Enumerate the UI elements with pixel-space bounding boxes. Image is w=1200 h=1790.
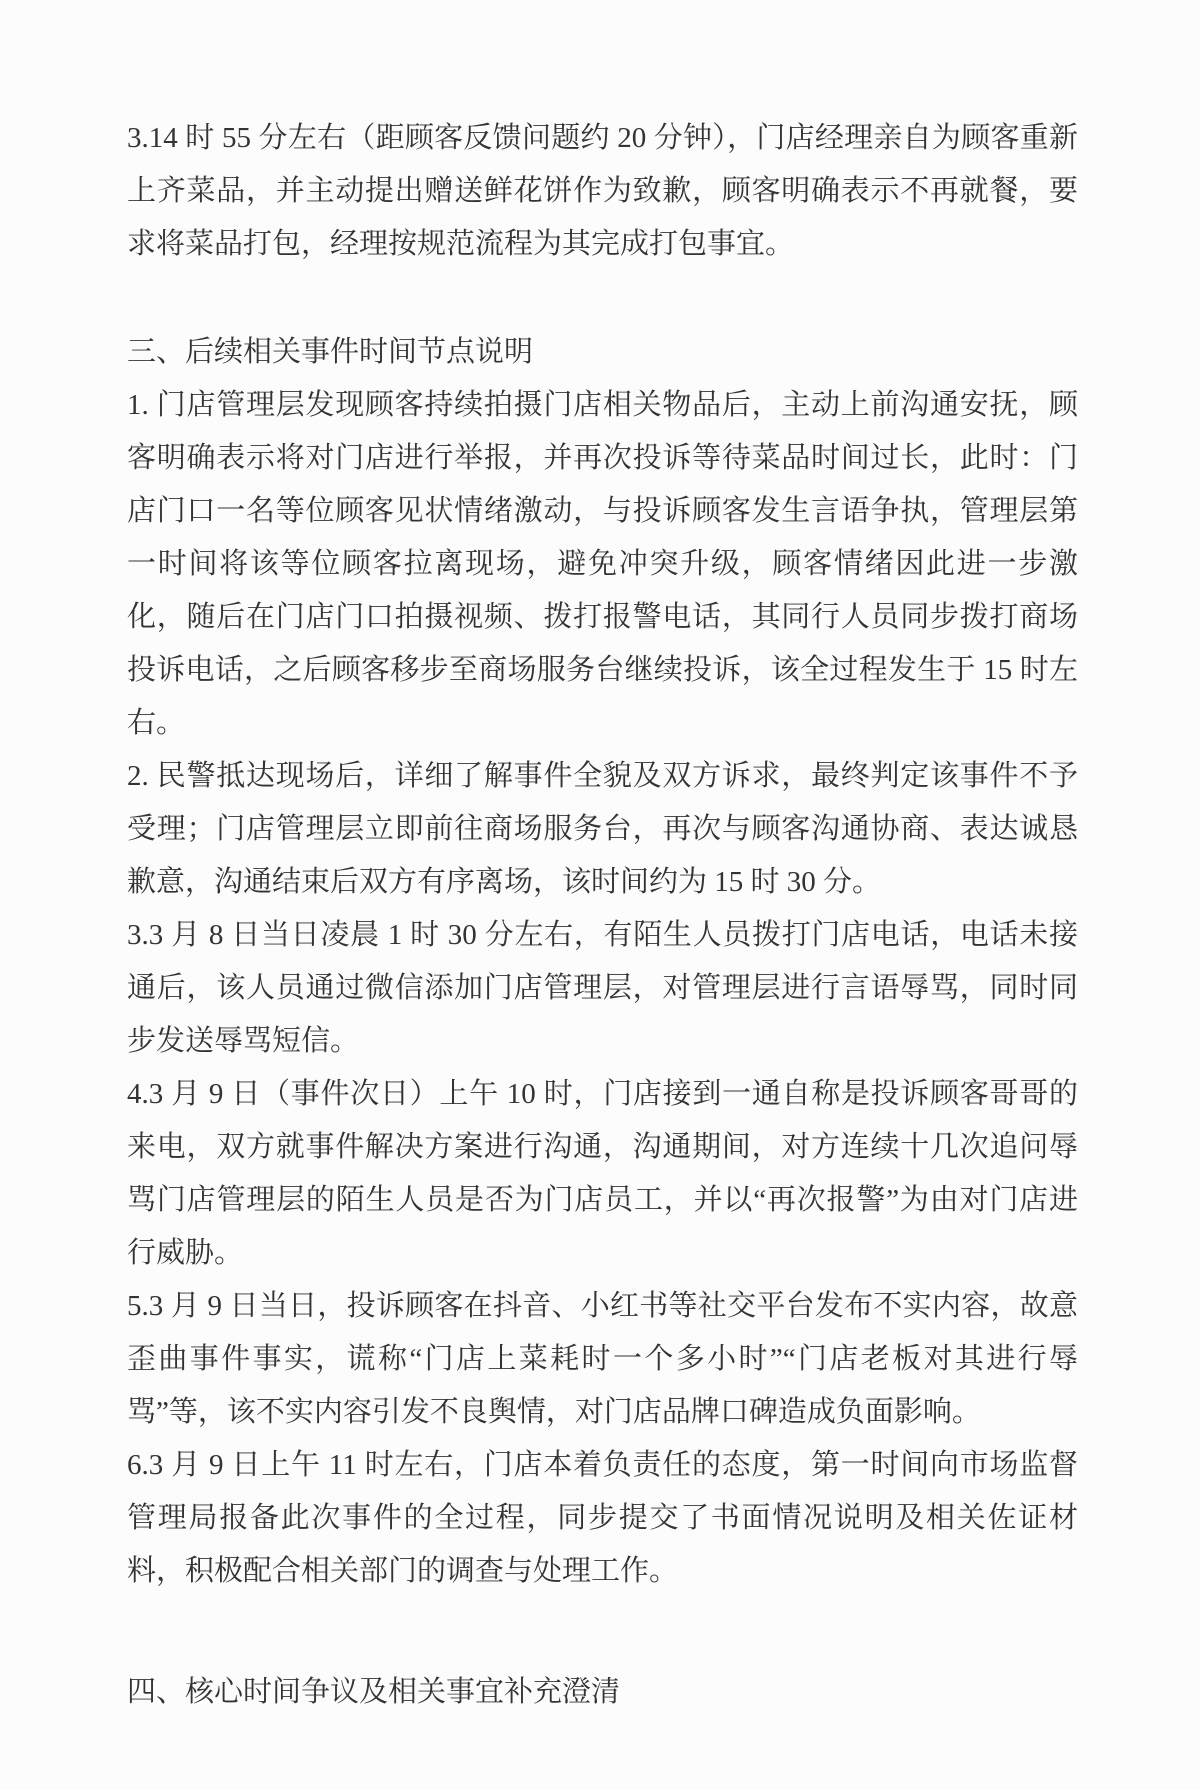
body-paragraph-3: 3.3 月 8 日当日凌晨 1 时 30 分左右，有陌生人员拨打门店电话，电话未… <box>127 909 1078 1068</box>
body-paragraph-4: 4.3 月 9 日（事件次日）上午 10 时，门店接到一通自称是投诉顾客哥哥的来… <box>127 1068 1078 1280</box>
body-paragraph-5: 5.3 月 9 日当日，投诉顾客在抖音、小红书等社交平台发布不实内容，故意歪曲事… <box>127 1280 1078 1439</box>
body-paragraph-2: 2. 民警抵达现场后，详细了解事件全貌及双方诉求，最终判定该事件不予受理；门店管… <box>127 750 1078 909</box>
body-paragraph-1: 1. 门店管理层发现顾客持续拍摄门店相关物品后，主动上前沟通安抚，顾客明确表示将… <box>127 379 1078 750</box>
section-heading-4: 四、核心时间争议及相关事宜补充澄清 <box>127 1666 1078 1719</box>
section-heading-3: 三、后续相关事件时间节点说明 <box>127 326 1078 379</box>
document-page: 3.14 时 55 分左右（距顾客反馈问题约 20 分钟），门店经理亲自为顾客重… <box>0 0 1200 1790</box>
body-paragraph-6: 6.3 月 9 日上午 11 时左右，门店本着负责任的态度，第一时间向市场监督管… <box>127 1439 1078 1598</box>
body-paragraph-item-3: 3.14 时 55 分左右（距顾客反馈问题约 20 分钟），门店经理亲自为顾客重… <box>127 112 1078 271</box>
